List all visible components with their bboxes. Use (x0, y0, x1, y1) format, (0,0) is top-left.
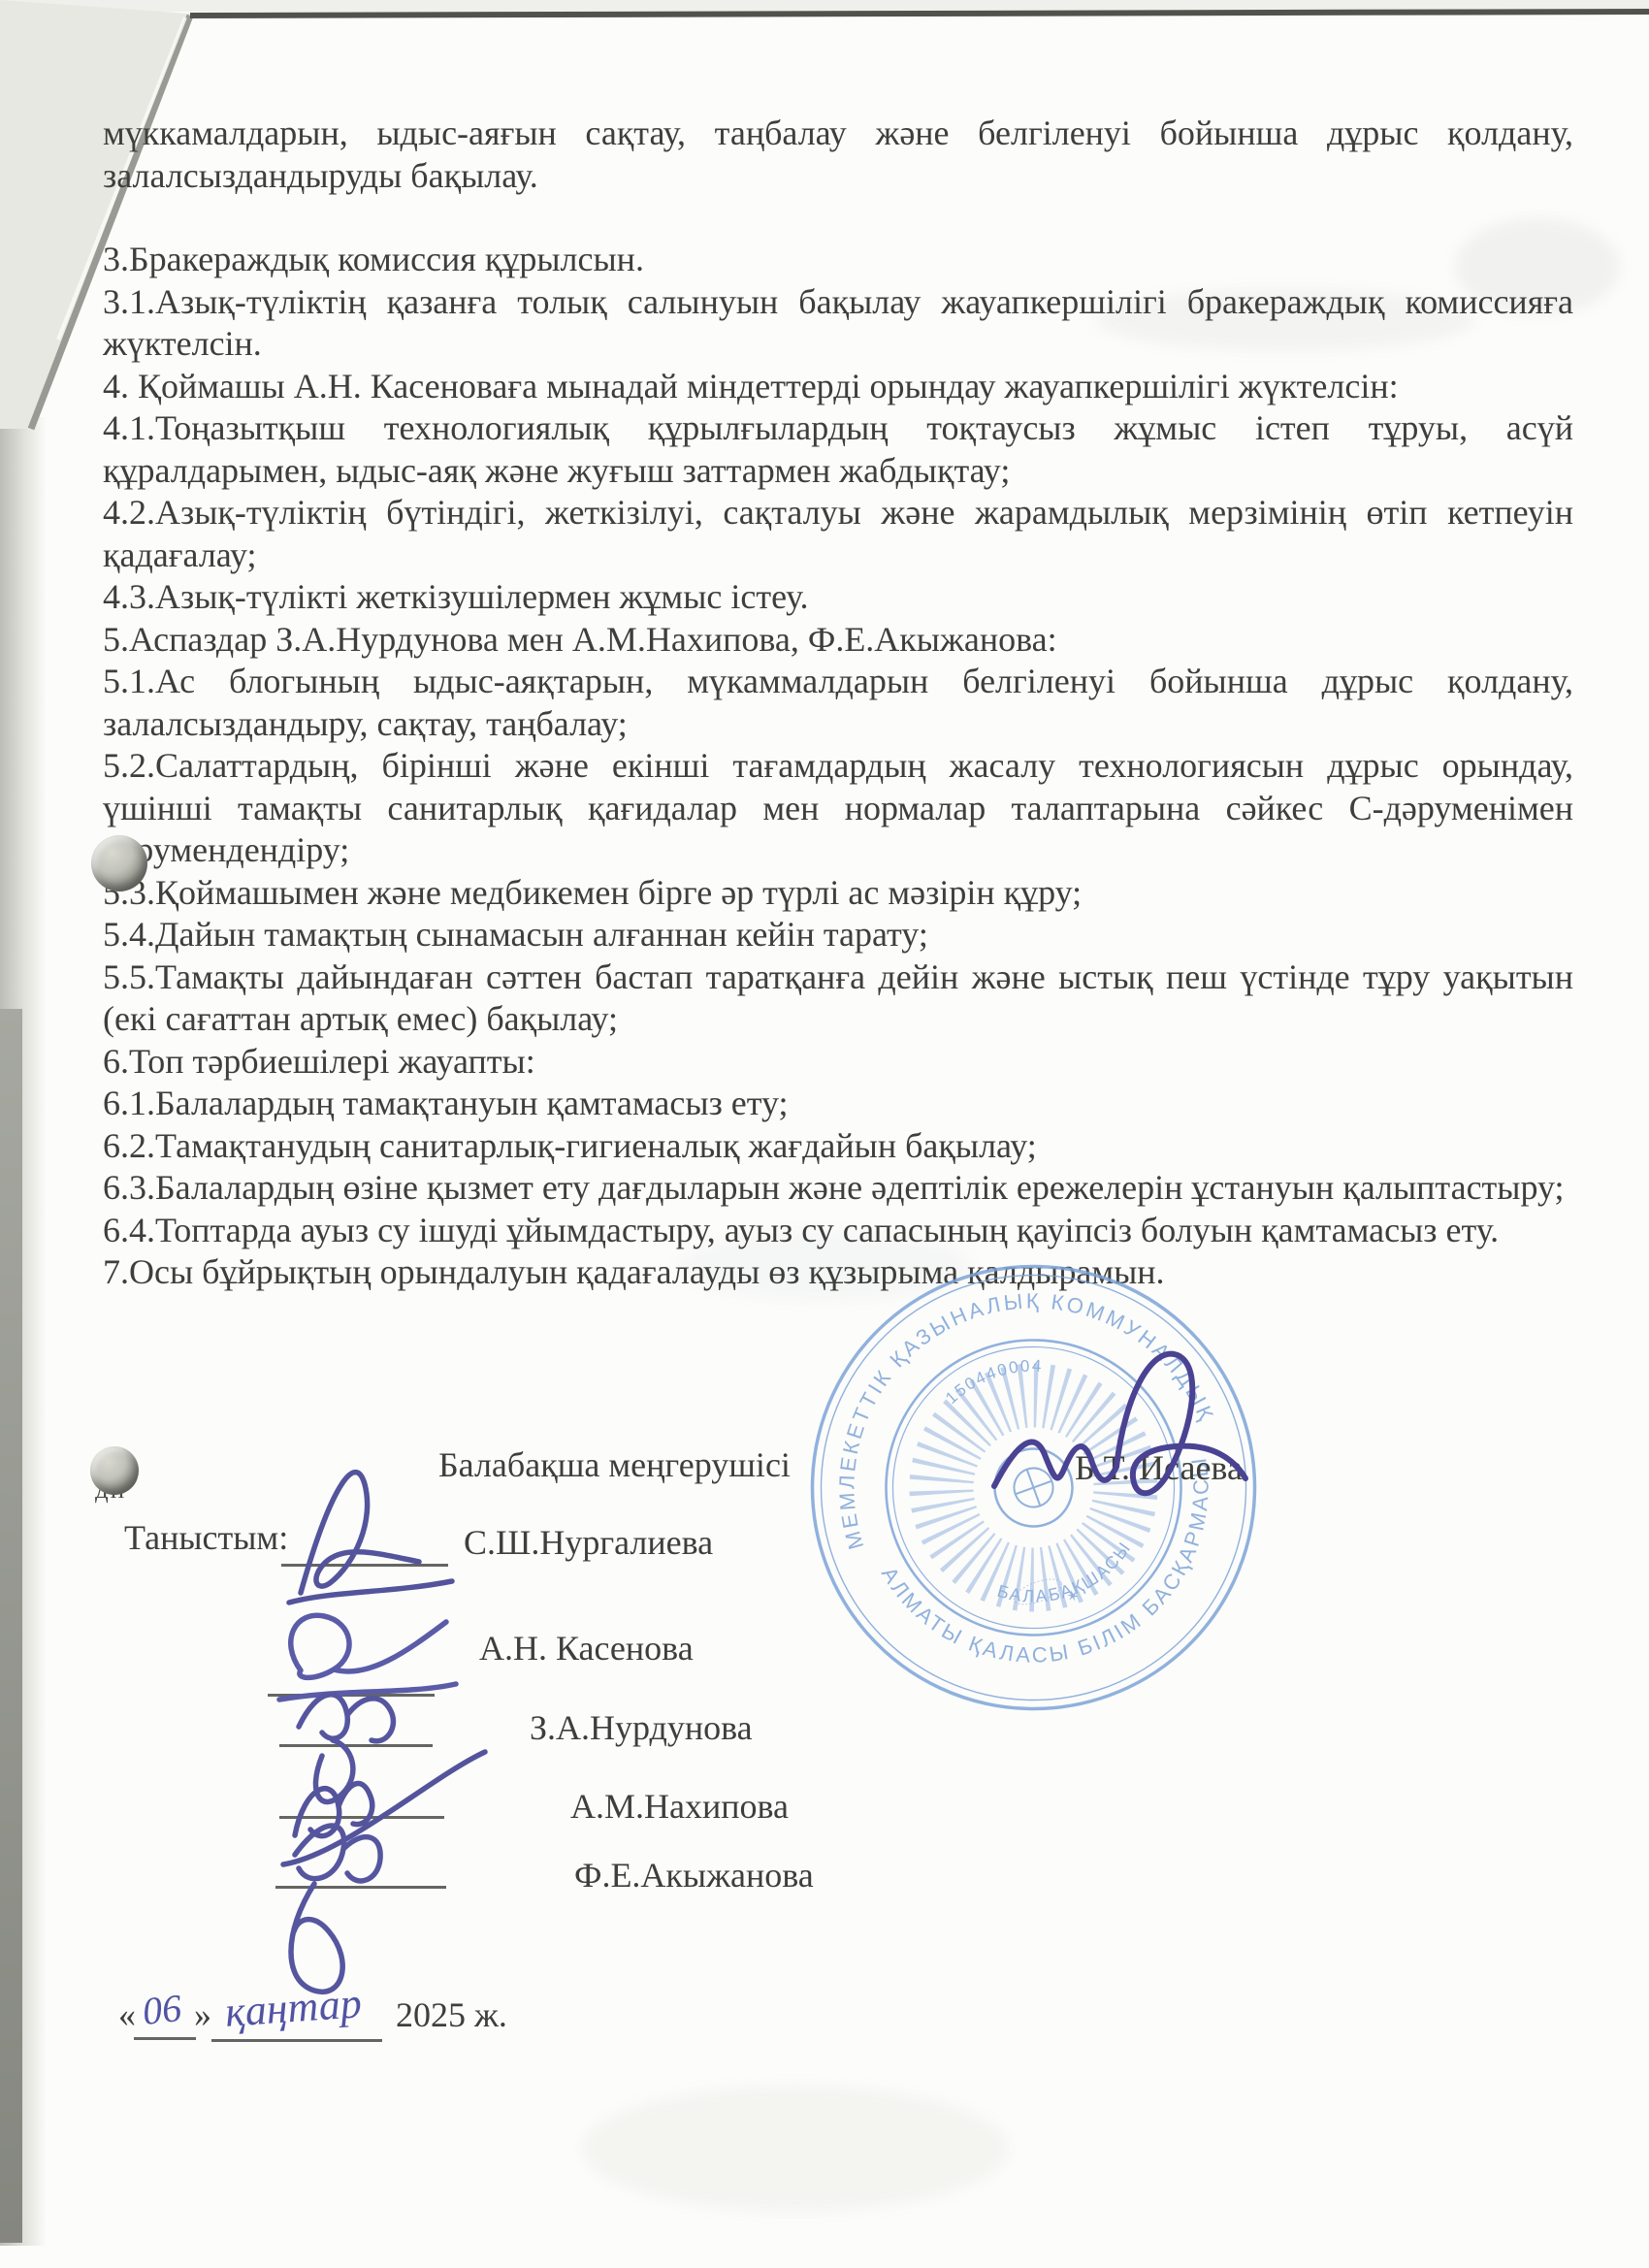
date-month-line (211, 2039, 382, 2042)
date-day-handwritten: 06 (141, 1985, 184, 2034)
body-paragraph: 5.2.Салаттардың, бірінші және екінші тағ… (103, 745, 1573, 872)
body-paragraph: 5.5.Тамақты дайындаған сәттен бастап тар… (103, 956, 1573, 1041)
body-paragraph: 3.Бракераждық комиссия құрылсын. (103, 239, 1573, 281)
body-paragraph: 4. Қоймашы А.Н. Касеноваға мынадай мінде… (103, 366, 1573, 408)
acknowledged-label: Таныстым: (124, 1517, 288, 1558)
signatory-name: З.А.Нурдунова (530, 1707, 753, 1748)
signatory-name: С.Ш.Нургалиева (464, 1522, 713, 1563)
date-month-handwritten: қаңтар (223, 1978, 363, 2037)
scan-top-band (0, 0, 1649, 12)
signature-director (980, 1331, 1271, 1544)
body-paragraph: 5.3.Қоймашымен және медбикемен бірге әр … (103, 872, 1573, 915)
date-year: 2025 ж. (396, 1994, 507, 2035)
scan-left-edge-dark (0, 1009, 22, 2243)
body-paragraph: 5.1.Ас блогының ыдыс-аяқтарын, мүкаммалд… (103, 661, 1573, 745)
director-label: Балабақша меңгерушісі (438, 1444, 791, 1485)
body-paragraph: 6.2.Тамақтанудың санитарлық-гигиеналық ж… (103, 1125, 1573, 1168)
body-paragraph: 6.3.Балалардың өзіне қызмет ету дағдылар… (103, 1167, 1573, 1210)
date-day-line (134, 2037, 196, 2040)
body-paragraph: 4.1.Тоңазытқыш технологиялық құрылғылард… (103, 407, 1573, 492)
body-paragraph: 5.4.Дайын тамақтың сынамасын алғаннан ке… (103, 914, 1573, 956)
signatory-name: Ф.Е.Акыжанова (574, 1855, 814, 1895)
scan-artifact (582, 2086, 1009, 2212)
stamp-inner-text: БАЛАБАҚШАСЫ (989, 1534, 1144, 1624)
date-open-quote: « (118, 1994, 136, 2035)
signatory-name: А.Н. Касенова (479, 1628, 694, 1669)
body-paragraph: 4.3.Азық-түлікті жеткізушілермен жұмыс і… (103, 576, 1573, 619)
signatory-name: А.М.Нахипова (570, 1786, 789, 1827)
body-paragraph: мүккамалдарын, ыдыс-аяғын сақтау, таңбал… (103, 113, 1573, 197)
date-close-quote: » (194, 1994, 211, 2035)
body-paragraph: 4.2.Азық-түліктің бүтіндігі, жеткізілуі,… (103, 492, 1573, 576)
punch-hole (91, 835, 147, 891)
svg-text:БАЛАБАҚШАСЫ: БАЛАБАҚШАСЫ (989, 1534, 1144, 1624)
body-paragraph: 6.4.Топтарда ауыз су ішуді ұйымдастыру, … (103, 1210, 1573, 1252)
body-paragraph: 6.Топ тәрбиешілері жауапты: (103, 1041, 1573, 1084)
body-paragraph: 5.Аспаздар З.А.Нурдунова мен А.М.Нахипов… (103, 619, 1573, 662)
document-body: мүккамалдарын, ыдыс-аяғын сақтау, таңбал… (103, 113, 1573, 1294)
scanned-page: мүккамалдарын, ыдыс-аяғын сақтау, таңбал… (0, 0, 1649, 2268)
punch-hole (90, 1446, 139, 1495)
body-paragraph: 3.1.Азық-түліктің қазанға толық салынуын… (103, 281, 1573, 366)
body-paragraph: 6.1.Балалардың тамақтануын қамтамасыз ет… (103, 1083, 1573, 1125)
